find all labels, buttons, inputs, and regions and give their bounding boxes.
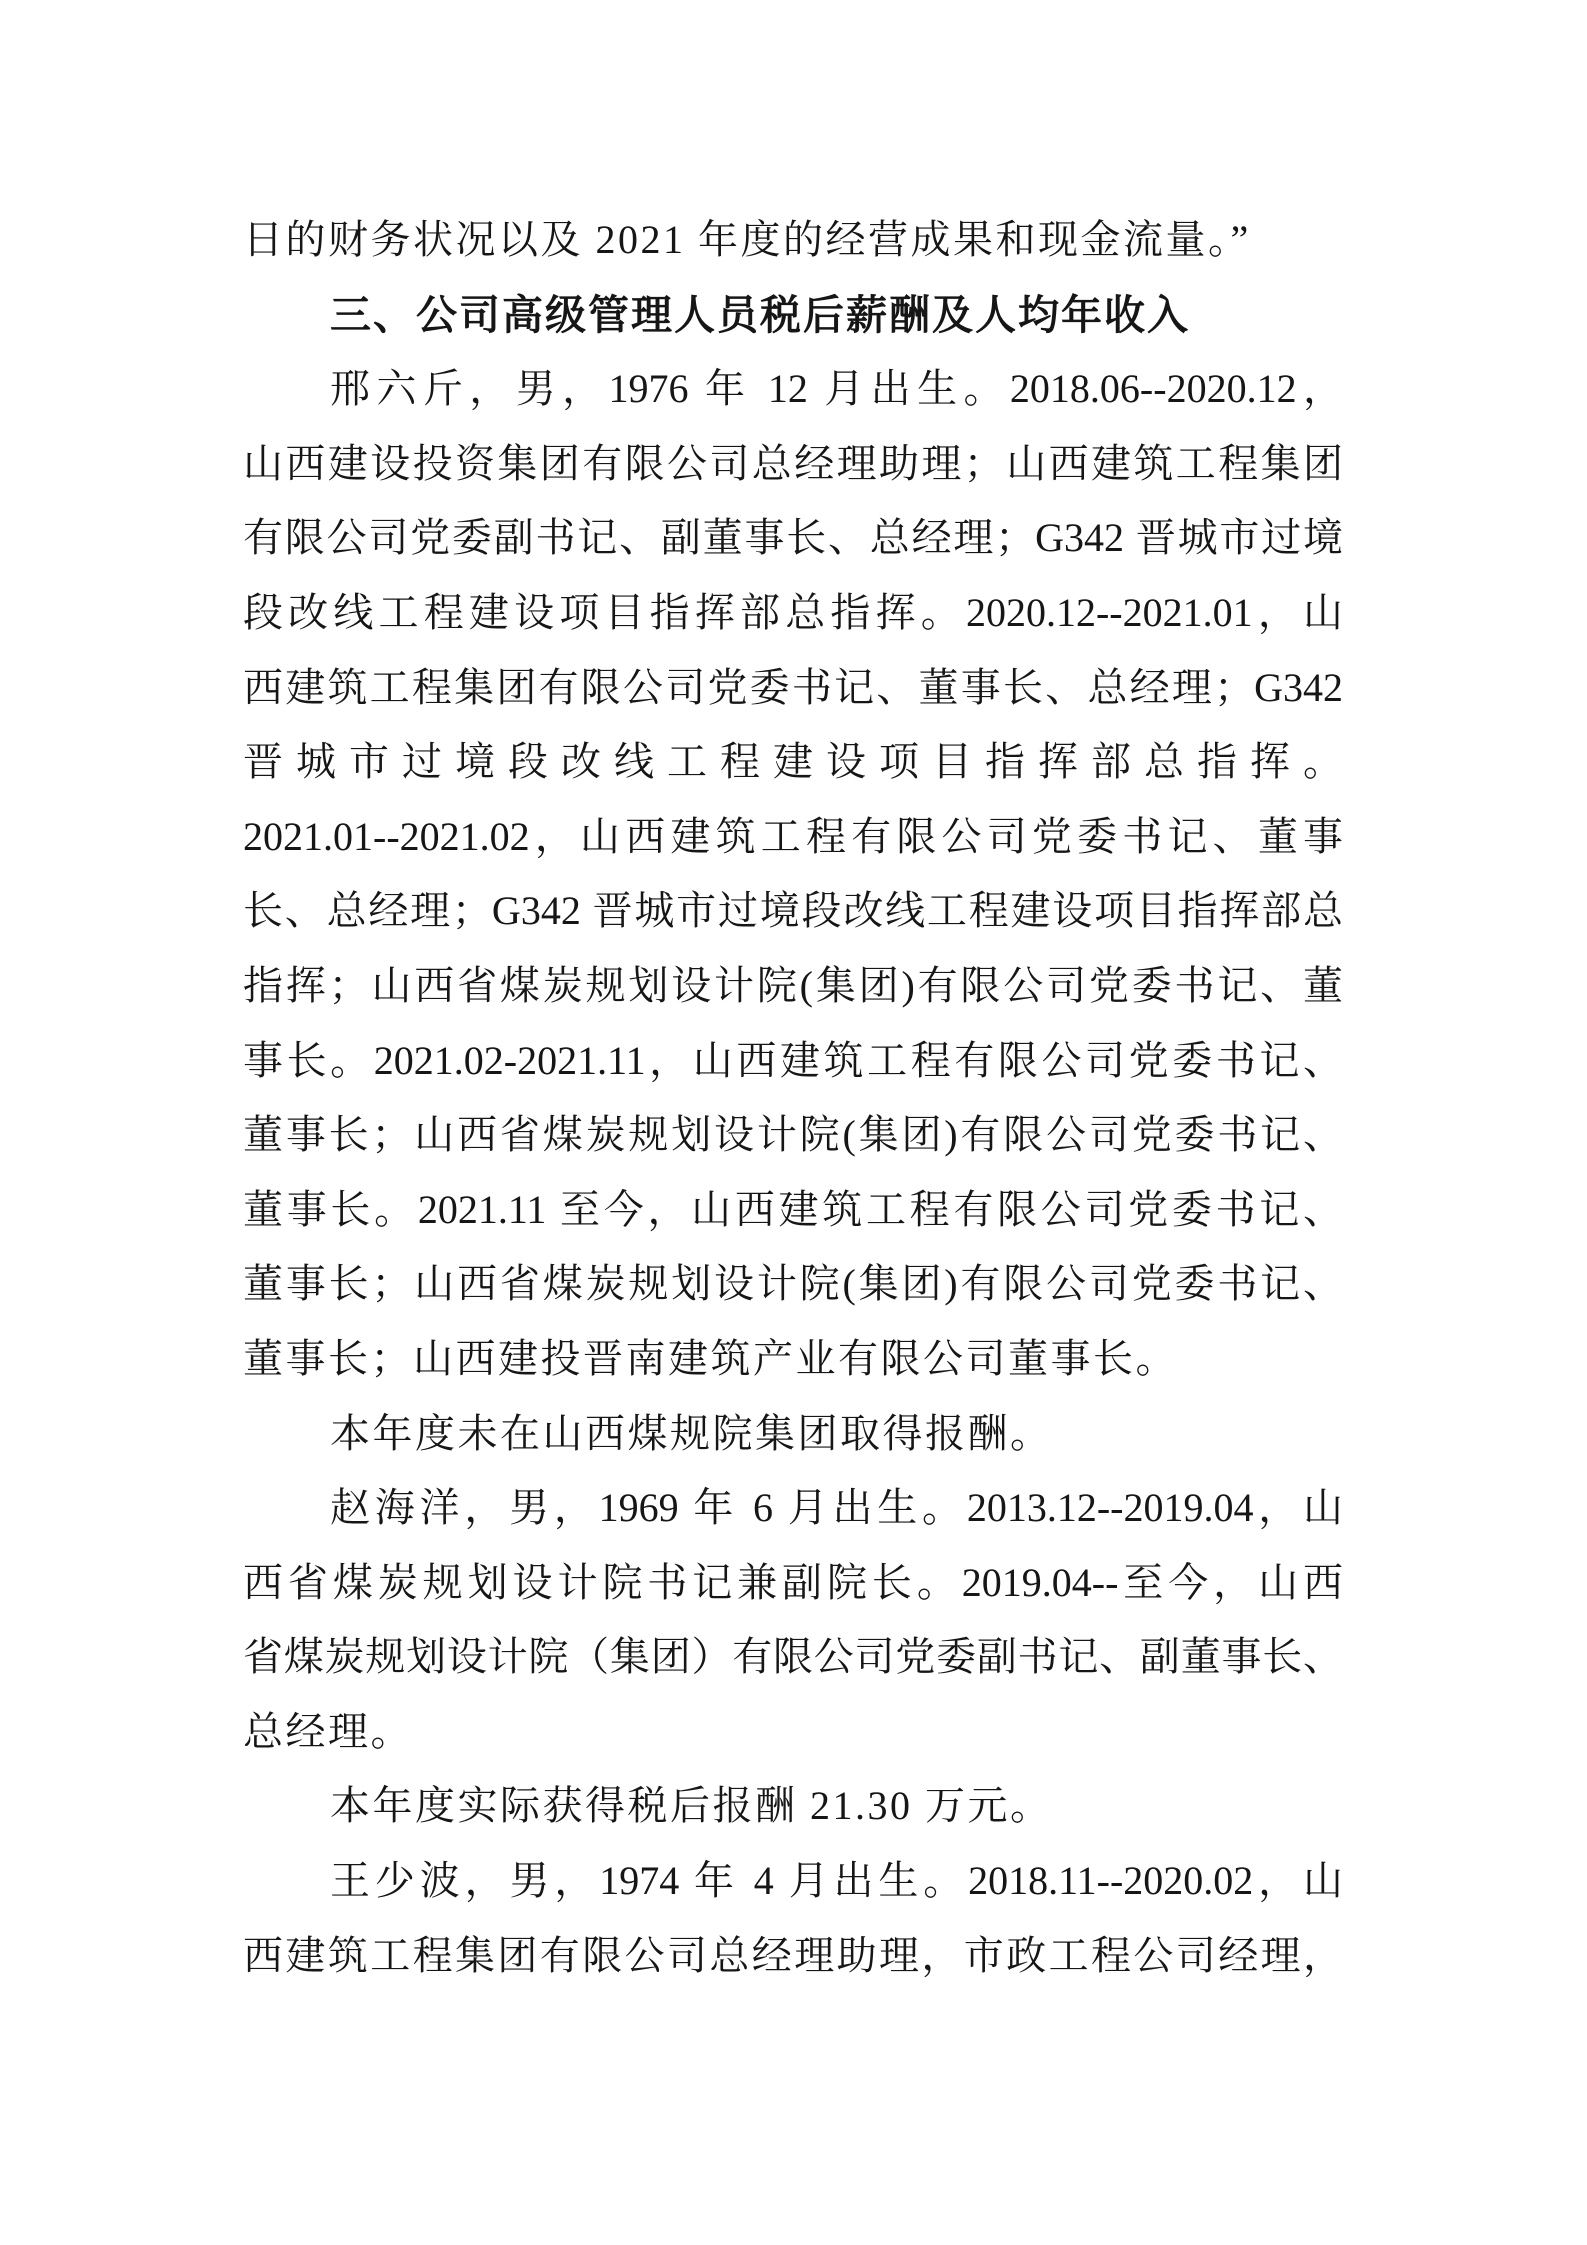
remuneration-note-line: 本年度未在山西煤规院集团取得报酬。 bbox=[243, 1397, 1343, 1472]
bio-xingliujin-line: 晋城市过境段改线工程建设项目指挥部总指挥。 bbox=[243, 725, 1343, 800]
paragraph-continuation-line: 日的财务状况以及 2021 年度的经营成果和现金流量。” bbox=[243, 203, 1343, 278]
bio-zhaohaiyang-line: 西省煤炭规划设计院书记兼副院长。2019.04--至今，山西 bbox=[243, 1546, 1343, 1621]
section-heading: 三、公司高级管理人员税后薪酬及人均年收入 bbox=[243, 278, 1343, 353]
bio-zhaohaiyang-line: 赵海洋，男，1969 年 6 月出生。2013.12--2019.04，山 bbox=[243, 1471, 1343, 1546]
bio-xingliujin-line: 有限公司党委副书记、副董事长、总经理；G342 晋城市过境 bbox=[243, 501, 1343, 576]
bio-xingliujin-line: 董事长。2021.11 至今，山西建筑工程有限公司党委书记、 bbox=[243, 1173, 1343, 1248]
bio-xingliujin-line: 西建筑工程集团有限公司党委书记、董事长、总经理；G342 bbox=[243, 651, 1343, 726]
document-page: 日的财务状况以及 2021 年度的经营成果和现金流量。” 三、公司高级管理人员税… bbox=[0, 0, 1587, 2245]
text-block: 日的财务状况以及 2021 年度的经营成果和现金流量。” 三、公司高级管理人员税… bbox=[243, 203, 1343, 1993]
bio-xingliujin-line: 指挥；山西省煤炭规划设计院(集团)有限公司党委书记、董 bbox=[243, 949, 1343, 1024]
bio-xingliujin-line: 董事长；山西建投晋南建筑产业有限公司董事长。 bbox=[243, 1322, 1343, 1397]
bio-xingliujin-line: 段改线工程建设项目指挥部总指挥。2020.12--2021.01，山 bbox=[243, 576, 1343, 651]
remuneration-note-line: 本年度实际获得税后报酬 21.30 万元。 bbox=[243, 1769, 1343, 1844]
bio-wangshaobo-line: 王少波，男，1974 年 4 月出生。2018.11--2020.02，山 bbox=[243, 1844, 1343, 1919]
bio-xingliujin-line: 邢六斤，男，1976 年 12 月出生。2018.06--2020.12， bbox=[243, 352, 1343, 427]
bio-zhaohaiyang-line: 省煤炭规划设计院（集团）有限公司党委副书记、副董事长、 bbox=[243, 1620, 1343, 1695]
bio-xingliujin-line: 董事长；山西省煤炭规划设计院(集团)有限公司党委书记、 bbox=[243, 1247, 1343, 1322]
bio-xingliujin-line: 山西建设投资集团有限公司总经理助理；山西建筑工程集团 bbox=[243, 427, 1343, 502]
bio-wangshaobo-line: 西建筑工程集团有限公司总经理助理，市政工程公司经理， bbox=[243, 1919, 1343, 1994]
bio-xingliujin-line: 长、总经理；G342 晋城市过境段改线工程建设项目指挥部总 bbox=[243, 874, 1343, 949]
bio-xingliujin-line: 董事长；山西省煤炭规划设计院(集团)有限公司党委书记、 bbox=[243, 1098, 1343, 1173]
bio-xingliujin-line: 事长。2021.02-2021.11，山西建筑工程有限公司党委书记、 bbox=[243, 1024, 1343, 1099]
bio-xingliujin-line: 2021.01--2021.02，山西建筑工程有限公司党委书记、董事 bbox=[243, 800, 1343, 875]
bio-zhaohaiyang-line: 总经理。 bbox=[243, 1695, 1343, 1770]
